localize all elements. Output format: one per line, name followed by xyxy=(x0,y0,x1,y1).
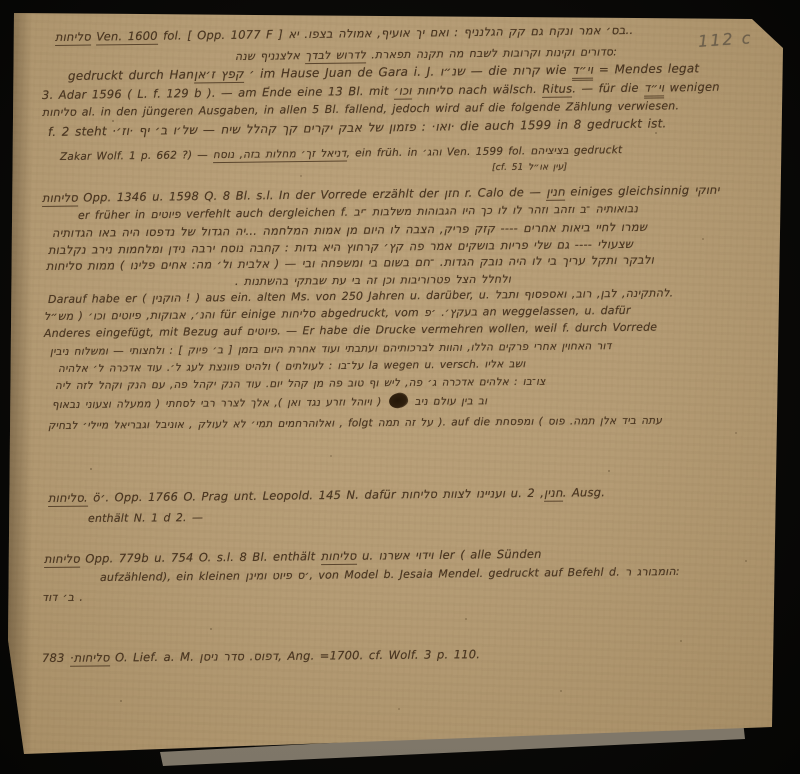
manuscript-line: . ולחלל הצל פטרוריבות וכן זה בי עת שבתקי… xyxy=(235,273,511,288)
manuscript-line: ואלוהרחמים תמי׳ לא לעולק , אוניבל וגבריא… xyxy=(48,415,662,432)
handwriting-segment: וי״ד xyxy=(572,63,593,81)
handwriting-segment: . — für die xyxy=(572,81,644,96)
manuscript-line: צו־בו : אלהים אדכרה ג׳ פה, ליש וף טוב פה… xyxy=(55,376,546,392)
handwriting-segment: er früher in פיוטים verfehlt auch dergle… xyxy=(78,202,638,222)
handwriting-segment: סליחות xyxy=(55,30,91,46)
manuscript-line: gedruckt durch Han׳ קפץ ז׳אן im Hause Ju… xyxy=(68,61,699,83)
handwriting-segment: Opp. 1346 u. 1598 Q. 8 Bl. s.l. In der V… xyxy=(78,185,547,205)
manuscript-line: סליחות Ven. 1600 fol. [ Opp. 1077 F ] בס… xyxy=(55,23,633,44)
handwriting-segment: צו־בו : אלהים אדכרה ג׳ פה, ליש וף טוב פה… xyxy=(55,376,546,392)
manuscript-line: aufzählend), ein kleinen ׳ס פיוט ומינן, … xyxy=(100,565,680,584)
handwriting-segment: die auch 1599 in 8 gedruckt ist. xyxy=(460,116,667,133)
manuscript-line: Darauf habe er ( הוקנין ! ) aus ein. alt… xyxy=(48,286,673,306)
manuscript-line: Zakar Wolf. 1 p. 662 ?) — דניאל זך׳ מחלו… xyxy=(60,144,622,163)
handwriting-segment: fol. [ Opp. 1077 F ] בס׳ אמר ונקח גם קק … xyxy=(158,23,634,43)
handwriting-segment: 3. Adar 1596 ( L. f. 129 b ). — am Ende … xyxy=(42,83,453,102)
handwriting-segment: [cf. עין או״ל 51] xyxy=(492,162,567,173)
handwriting-segment: im Hause Juan de Gara i. J. שנ״ו — die ק… xyxy=(254,63,572,81)
handwriting-segment: Opp. 779b u. 754 O. s.l. 8 Bl. enthält xyxy=(80,549,321,566)
handwriting-segment: וב בין עולם ניב xyxy=(410,395,488,408)
manuscript-line: סליחות Opp. 779b u. 754 O. s.l. 8 Bl. en… xyxy=(44,547,542,566)
handwriting-segment: ואלוהרחמים תמי׳ לא לעולק , אוניבל וגבריא… xyxy=(48,415,662,432)
handwriting-segment: דניאל זך׳ מחלות בזה, נוסח xyxy=(213,147,347,163)
handwriting-segment: והנ׳, אבוקות, פיוטים וכו׳ ( מש״ל für ein… xyxy=(44,304,631,323)
handwriting-segment: סדורים וקינות וקרובות לשבח מה תקנה תפארת… xyxy=(366,45,613,61)
manuscript-line: enthält N. 1 d 2. — xyxy=(88,511,203,525)
handwriting-segment: על־בו : לעולתים ) ולהיט פוונצת לעג ל׳. ע… xyxy=(58,358,526,375)
handwriting-segment: wenigen xyxy=(664,80,720,95)
scanned-manuscript-photo: { "document": { "folio_label": "112 c", … xyxy=(0,0,800,774)
handwriting-segment: סליחות· xyxy=(70,650,110,666)
manuscript-line: סליחות al. in den jüngeren Ausgaben, in … xyxy=(42,99,679,119)
handwriting-segment: סליחות. xyxy=(48,491,88,507)
handwriting-segment: u. וידוי אשרנו ler ( alle Sünden xyxy=(357,547,542,563)
manuscript-line: f. 2 steht ·ואו· : פזמון של אבק יקרים קך… xyxy=(48,116,667,139)
handwriting-segment: , ein früh. in והג׳ Ven. 1599 fol. בציצי… xyxy=(347,144,623,159)
handwriting-segment: einiges gleichsinnig יחוקי xyxy=(565,183,720,199)
manuscript-line: ב׳ דוד . xyxy=(42,591,83,604)
handwriting-segment: , 2. Ausg. xyxy=(527,485,605,500)
handwriting-segment: סליחות xyxy=(44,552,80,568)
handwriting-segment: דור האחוין אחרי פרקים הללו, והוות לברכות… xyxy=(50,340,612,358)
handwriting-segment: סליחות xyxy=(42,191,78,207)
handwriting-segment: לדרוש לבדך xyxy=(305,48,366,64)
handwriting-segment: Anderes eingefügt, mit Bezug auf פיוטים.… xyxy=(44,321,657,340)
manuscript-line: דור האחוין אחרי פרקים הללו, והוות לברכות… xyxy=(50,340,612,358)
handwriting-segment: Ven. 1600 xyxy=(96,29,158,46)
handwriting-segment: enthält N. 1 d 2. — xyxy=(88,511,203,525)
handwriting-segment: Zakar Wolf. 1 p. 662 ?) — xyxy=(60,149,213,163)
handwriting-segment: חנין xyxy=(546,185,565,201)
handwriting-segment: ב׳ דוד . xyxy=(42,591,83,604)
handwriting-segment: = Mendes legat xyxy=(593,61,699,76)
handwriting-segment: ( ויוהל וזרע נגד ואן ), אלך לצרר רבי לסח… xyxy=(52,396,387,411)
folio-number: 112 c xyxy=(697,28,753,51)
manuscript-line: er früher in פיוטים verfehlt auch dergle… xyxy=(78,202,638,222)
handwriting-segment: aufzählend), ein kleinen ׳ס פיוט ומינן, … xyxy=(100,565,680,584)
handwriting-segment: Ritus xyxy=(542,82,572,98)
handwriting-segment: Darauf habe er ( הוקנין ! ) aus ein. alt… xyxy=(48,286,673,306)
ink-blot xyxy=(387,391,409,410)
manuscript-line: סליחות. ö׳. Opp. 1766 O. Prag unt. Leopo… xyxy=(48,485,605,505)
handwriting-segment: f. 2 steht ·ואו· : פזמון של אבק יקרים קך… xyxy=(48,119,460,139)
manuscript-line: סליחות· 783 O. Lief. a. M. דפוס. סדר ניס… xyxy=(42,647,480,665)
manuscript-line: סדורים וקינות וקרובות לשבח מה תקנה תפארת… xyxy=(235,45,617,63)
handwriting-segment: וכו׳ xyxy=(394,83,412,99)
manuscript-line: והנ׳, אבוקות, פיוטים וכו׳ ( מש״ל für ein… xyxy=(44,304,631,323)
manuscript-line: וב בין עולם ניב ( ויוהל וזרע נגד ואן ), … xyxy=(52,392,487,411)
text-layer: סליחות Ven. 1600 fol. [ Opp. 1077 F ] בס… xyxy=(0,0,800,774)
handwriting-segment: ö׳. Opp. 1766 O. Prag unt. Leopold. 145 … xyxy=(88,486,528,505)
manuscript-line: על־בו : לעולתים ) ולהיט פוונצת לעג ל׳. ע… xyxy=(58,358,526,375)
manuscript-line: Anderes eingefügt, mit Bezug auf פיוטים.… xyxy=(44,321,657,340)
manuscript-line: 3. Adar 1596 ( L. f. 129 b ). — am Ende … xyxy=(42,80,720,102)
handwriting-segment: סליחות al. in den jüngeren Ausgaben, in … xyxy=(42,99,679,119)
manuscript-page: סליחות Ven. 1600 fol. [ Opp. 1077 F ] בס… xyxy=(0,0,800,774)
handwriting-segment: קפץ ז׳אן xyxy=(194,67,244,84)
handwriting-segment: nach wälsch. xyxy=(453,82,542,97)
manuscript-line: [cf. עין או״ל 51] xyxy=(492,162,567,173)
handwriting-segment: . ולחלל הצל פטרוריבות וכן זה בי עת שבתקי… xyxy=(235,273,511,288)
handwriting-segment: וי״ד xyxy=(644,80,664,98)
handwriting-segment: סליחות xyxy=(321,549,357,565)
handwriting-segment: חנין xyxy=(544,486,563,502)
